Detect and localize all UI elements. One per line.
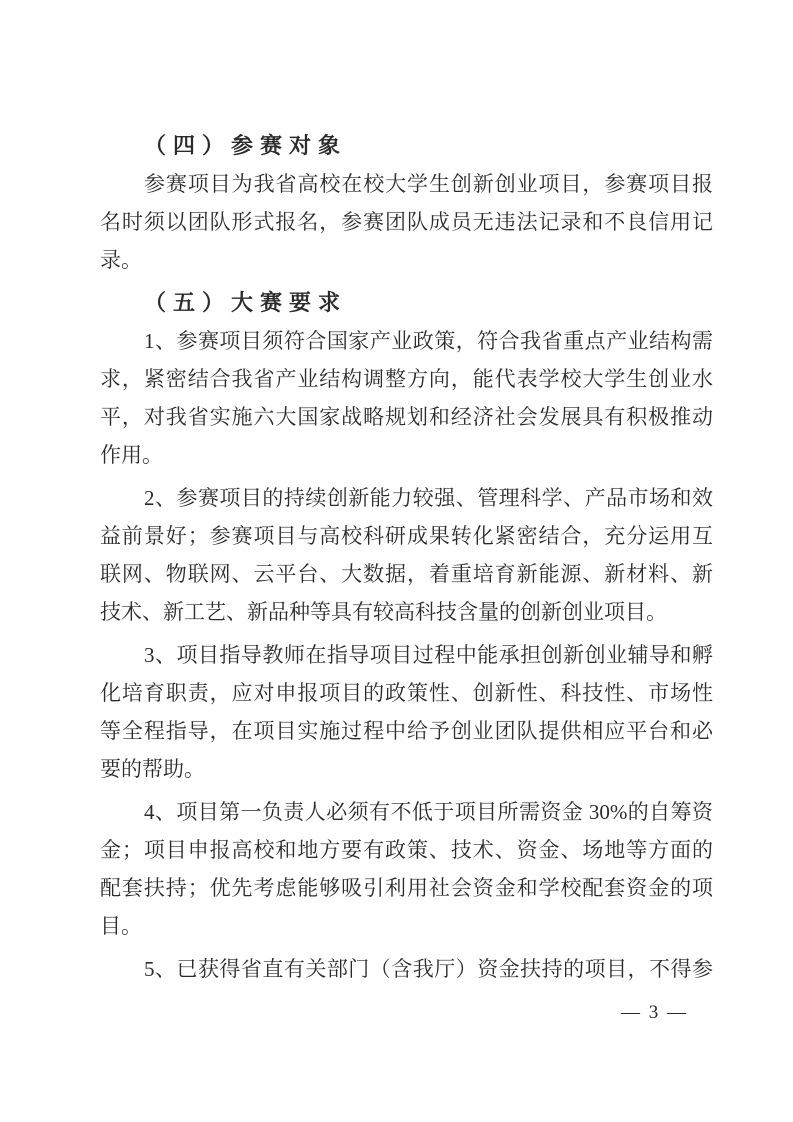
text-line: 3、项目指导教师在指导项目过程中能承担创新创业辅导和孵 [100, 636, 713, 674]
text-line: 名时须以团队形式报名，参赛团队成员无违法记录和不良信用记 [100, 203, 713, 241]
text-line: 4、项目第一负责人必须有不低于项目所需资金 30%的自筹资 [100, 793, 713, 831]
text-line: 求，紧密结合我省产业结构调整方向，能代表学校大学生创业水 [100, 360, 713, 398]
text-line: 5、已获得省直有关部门（含我厅）资金扶持的项目，不得参 [100, 950, 713, 988]
text-line: 1、参赛项目须符合国家产业政策，符合我省重点产业结构需 [100, 322, 713, 360]
text-line: 联网、物联网、云平台、大数据，着重培育新能源、新材料、新 [100, 555, 713, 593]
text-line: 金；项目申报高校和地方要有政策、技术、资金、场地等方面的 [100, 831, 713, 869]
document-content: （四）参赛对象 参赛项目为我省高校在校大学生创新创业项目，参赛项目报 名时须以团… [100, 127, 713, 988]
text-line: 要的帮助。 [100, 750, 713, 788]
text-line: 2、参赛项目的持续创新能力较强、管理科学、产品市场和效 [100, 479, 713, 517]
text-line: 配套扶持；优先考虑能够吸引利用社会资金和学校配套资金的项 [100, 869, 713, 907]
text-line: 化培育职责，应对申报项目的政策性、创新性、科技性、市场性 [100, 674, 713, 712]
text-line: 目。 [100, 907, 713, 945]
text-line: 等全程指导，在项目实施过程中给予创业团队提供相应平台和必 [100, 712, 713, 750]
section-4-heading: （四）参赛对象 [100, 127, 713, 165]
text-line: 益前景好；参赛项目与高校科研成果转化紧密结合，充分运用互 [100, 517, 713, 555]
section-5-heading: （五）大赛要求 [100, 284, 713, 322]
page-number: — 3 — [621, 1002, 688, 1024]
text-line: 参赛项目为我省高校在校大学生创新创业项目，参赛项目报 [100, 165, 713, 203]
text-line: 录。 [100, 241, 713, 279]
text-line: 作用。 [100, 436, 713, 474]
text-line: 平，对我省实施六大国家战略规划和经济社会发展具有积极推动 [100, 398, 713, 436]
text-line: 技术、新工艺、新品种等具有较高科技含量的创新创业项目。 [100, 593, 713, 631]
document-page: （四）参赛对象 参赛项目为我省高校在校大学生创新创业项目，参赛项目报 名时须以团… [0, 0, 793, 1122]
